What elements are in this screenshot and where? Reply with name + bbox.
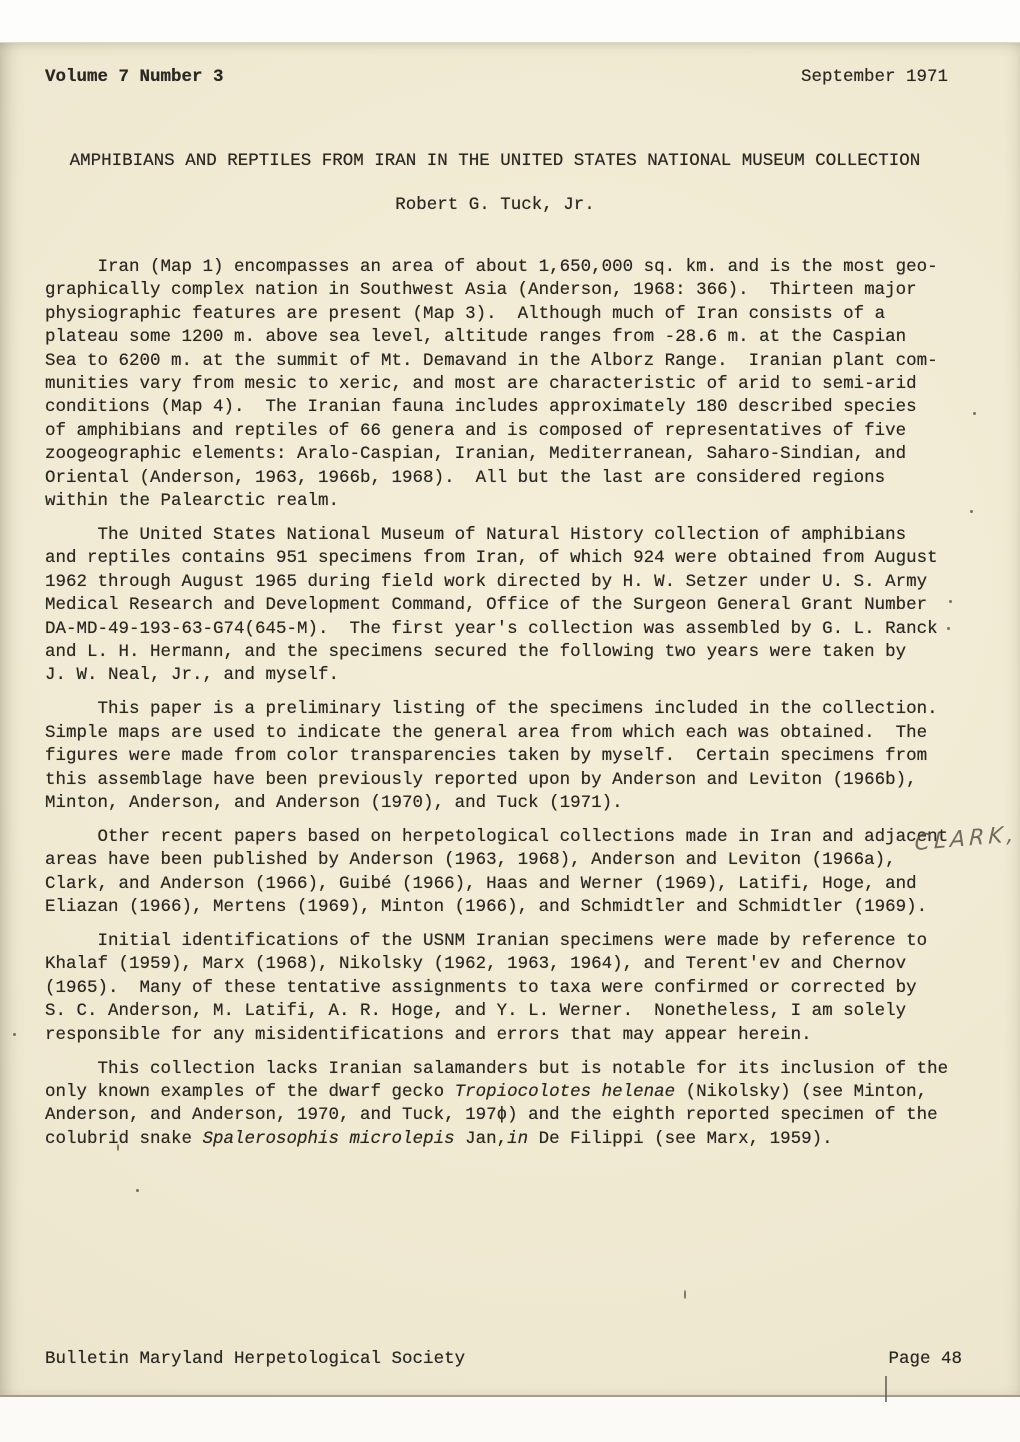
text-line: physiographic features are present (Map …	[45, 303, 975, 326]
text-line: Anderson, and Anderson, 1970, and Tuck, …	[45, 1104, 975, 1127]
ink-speck	[947, 627, 950, 630]
text-line: Khalaf (1959), Marx (1968), Nikolsky (19…	[45, 953, 975, 976]
ink-speck	[136, 1189, 139, 1192]
text-line: this assemblage have been previously rep…	[45, 769, 975, 792]
text-line: graphically complex nation in Southwest …	[45, 279, 975, 302]
text-line: areas have been published by Anderson (1…	[45, 849, 975, 872]
text-line: This collection lacks Iranian salamander…	[45, 1058, 975, 1081]
text-line: Initial identifications of the USNM Iran…	[45, 930, 975, 953]
article-author: Robert G. Tuck, Jr.	[45, 194, 945, 217]
text-line: responsible for any misidentifications a…	[45, 1024, 975, 1047]
article-title: AMPHIBIANS AND REPTILES FROM IRAN IN THE…	[45, 150, 945, 173]
paragraph: This paper is a preliminary listing of t…	[45, 698, 975, 815]
paragraph: Other recent papers based on herpetologi…	[45, 826, 975, 920]
text-line: J. W. Neal, Jr., and myself.	[45, 664, 975, 687]
text-line: Simple maps are used to indicate the gen…	[45, 722, 975, 745]
page-number-label: Page 48	[888, 1348, 962, 1371]
paragraph: Initial identifications of the USNM Iran…	[45, 930, 975, 1047]
issue-date-label: September 1971	[801, 66, 948, 89]
text-line: of amphibians and reptiles of 66 genera …	[45, 420, 975, 443]
scanner-background	[0, 1397, 1020, 1442]
text-line: and reptiles contains 951 specimens from…	[45, 547, 975, 570]
text-line: Clark, and Anderson (1966), Guibé (1966)…	[45, 873, 975, 896]
ink-speck	[970, 510, 973, 513]
paragraph: This collection lacks Iranian salamander…	[45, 1058, 975, 1152]
paragraph: The United States National Museum of Nat…	[45, 524, 975, 688]
ink-speck	[684, 1290, 686, 1299]
volume-number-label: Volume 7 Number 3	[45, 66, 224, 89]
page-footer: Bulletin Maryland Herpetological Society…	[45, 1348, 962, 1371]
text-line: Oriental (Anderson, 1963, 1966b, 1968). …	[45, 467, 975, 490]
text-line: and L. H. Hermann, and the specimens sec…	[45, 641, 975, 664]
text-line: plateau some 1200 m. above sea level, al…	[45, 326, 975, 349]
text-line: conditions (Map 4). The Iranian fauna in…	[45, 396, 975, 419]
scan-tick-mark	[885, 1376, 887, 1402]
article-body: Iran (Map 1) encompasses an area of abou…	[45, 256, 975, 1162]
text-line: Minton, Anderson, and Anderson (1970), a…	[45, 792, 975, 815]
text-line: only known examples of the dwarf gecko T…	[45, 1081, 975, 1104]
text-line: Sea to 6200 m. at the summit of Mt. Dema…	[45, 350, 975, 373]
ink-speck	[949, 600, 952, 603]
text-line: within the Palearctic realm.	[45, 490, 975, 513]
text-line: The United States National Museum of Nat…	[45, 524, 975, 547]
text-line: Other recent papers based on herpetologi…	[45, 826, 975, 849]
text-line: Iran (Map 1) encompasses an area of abou…	[45, 256, 975, 279]
paragraph: Iran (Map 1) encompasses an area of abou…	[45, 256, 975, 513]
text-line: S. C. Anderson, M. Latifi, A. R. Hoge, a…	[45, 1000, 975, 1023]
text-line: 1962 through August 1965 during field wo…	[45, 571, 975, 594]
journal-name-label: Bulletin Maryland Herpetological Society	[45, 1348, 465, 1371]
text-line: Eliazan (1966), Mertens (1969), Minton (…	[45, 896, 975, 919]
text-line: Medical Research and Development Command…	[45, 594, 975, 617]
text-line: colubrid snake Spalerosophis microlepis …	[45, 1128, 975, 1151]
text-line: munities vary from mesic to xeric, and m…	[45, 373, 975, 396]
ink-speck	[973, 412, 976, 415]
text-line: figures were made from color transparenc…	[45, 745, 975, 768]
page-header: Volume 7 Number 3 September 1971	[45, 66, 948, 89]
ink-speck	[13, 1033, 16, 1036]
text-line: (1965). Many of these tentative assignme…	[45, 977, 975, 1000]
text-line: This paper is a preliminary listing of t…	[45, 698, 975, 721]
text-line: zoogeographic elements: Aralo-Caspian, I…	[45, 443, 975, 466]
ink-speck	[117, 1144, 119, 1151]
text-line: DA-MD-49-193-63-G74(645-M). The first ye…	[45, 618, 975, 641]
scanned-journal-page: Volume 7 Number 3 September 1971 AMPHIBI…	[0, 0, 1020, 1442]
